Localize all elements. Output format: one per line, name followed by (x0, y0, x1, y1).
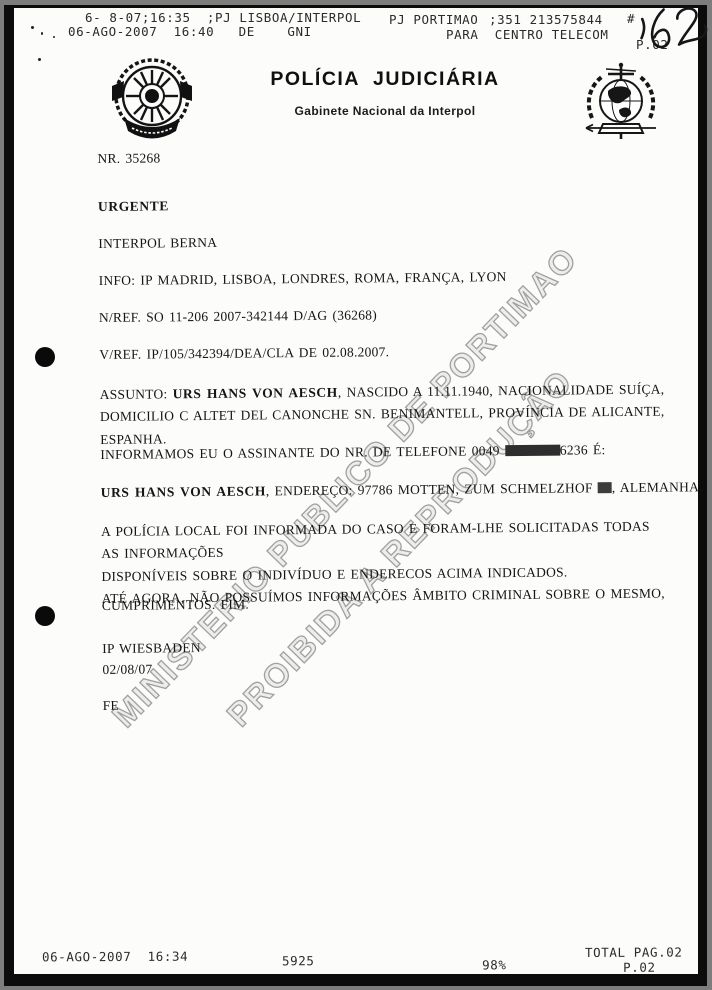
hole-punch-top (35, 347, 55, 367)
hole-punch-bottom (35, 606, 55, 626)
footer-percent: 98% (482, 957, 506, 972)
footer-code: 5925 (282, 953, 315, 968)
footer-total-pages: TOTAL PAG.02 (585, 945, 683, 960)
scan-speckle (41, 32, 43, 35)
scan-speckle (38, 58, 41, 61)
fax-footer: 06-AGO-2007 16:34 5925 98% TOTAL PAG.02 … (0, 0, 712, 990)
scan-speckle (53, 36, 55, 38)
scan-speckle (31, 26, 34, 29)
handwritten-page-mark-62 (632, 0, 712, 59)
footer-page-indicator: P.02 (623, 960, 656, 975)
footer-datetime: 06-AGO-2007 16:34 (42, 949, 188, 965)
